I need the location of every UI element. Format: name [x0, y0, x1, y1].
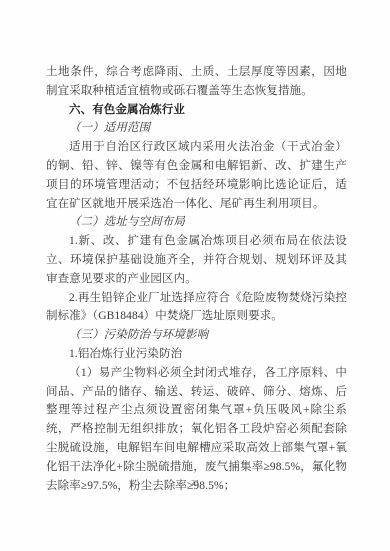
paragraph-dust-control-requirements: （1）易产尘物料必须全封闭式堆存，各工序原料、中间品、产品的储存、输送、转运、破… [46, 364, 347, 496]
paragraph-land-restoration: 土地条件，综合考虑降雨、土质、土层厚度等因素，因地制宜采取种植适宜植物或砾石覆盖… [46, 63, 347, 101]
paragraph-site-selection-item-2: 2.再生铅锌企业厂址选择应符合《危险废物焚烧污染控制标准》（GB18484）中焚… [46, 289, 347, 327]
subsection-heading-site-selection-layout: （二）选址与空间布局 [46, 213, 347, 232]
paragraph-scope-description: 适用于自治区行政区域内采用火法冶金（干式冶金）的铜、铅、锌、镍等有色金属和电解铝… [46, 138, 347, 213]
section-heading-nonferrous-metal-smelting: 六、有色金属冶炼行业 [46, 101, 347, 120]
subsection-heading-scope-of-application: （一）适用范围 [46, 119, 347, 138]
paragraph-aluminum-smelting-pollution-control-title: 1.铝冶炼行业污染防治 [46, 345, 347, 364]
subsection-heading-pollution-control-environmental-impact: （三）污染防治与环境影响 [46, 326, 347, 345]
page-number: 23 [0, 478, 390, 487]
document-page: 土地条件，综合考虑降雨、土质、土层厚度等因素，因地制宜采取种植适宜植物或砾石覆盖… [0, 0, 390, 551]
page-text-block: 土地条件，综合考虑降雨、土质、土层厚度等因素，因地制宜采取种植适宜植物或砾石覆盖… [46, 63, 347, 495]
paragraph-site-selection-item-1: 1.新、改、扩建有色金属冶炼项目必须布局在依法设立、环境保护基础设施齐全，并符合… [46, 232, 347, 288]
